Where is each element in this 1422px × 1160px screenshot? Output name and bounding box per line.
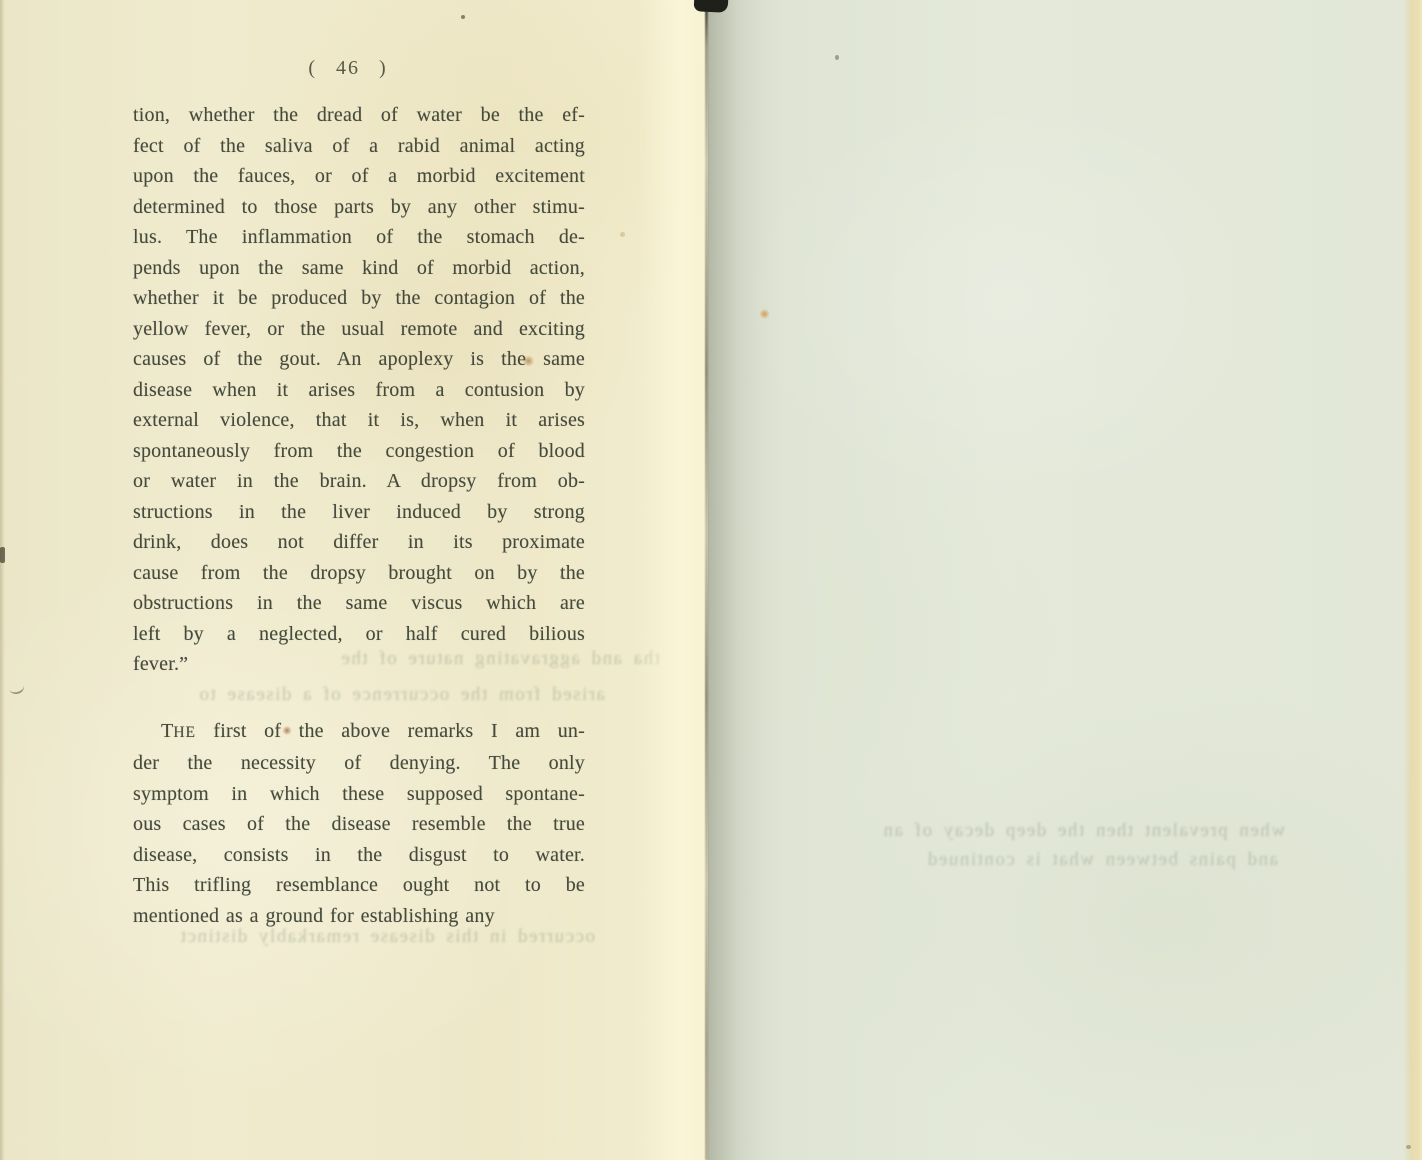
text-run: T	[161, 720, 173, 742]
text-line: or water in the brain. A dropsy from ob-	[133, 466, 585, 497]
page-edge-left	[0, 0, 5, 1160]
right-page: ( 47 ) principles or analogy; it is mere…	[707, 0, 1422, 1160]
page-number-header-left: ( 46 )	[120, 57, 576, 80]
text-line: cause from the dropsy brought on by the	[133, 558, 585, 589]
text-line: disease, consists in the disgust to wate…	[133, 840, 585, 871]
text-line: disease when it arises from a contusion …	[133, 375, 585, 406]
page-edge-right	[1404, 0, 1422, 1160]
show-through-text: and pains between what is continued	[858, 849, 1278, 871]
paragraph: tion, whether the dread of water be the …	[133, 100, 585, 680]
text-line: left by a neglected, or half cured bilio…	[133, 619, 585, 650]
text-line: drink, does not differ in its proximate	[133, 527, 585, 558]
text-line: der the necessity of denying. The only	[133, 748, 585, 779]
text-line: lus. The inflammation of the stomach de-	[133, 222, 585, 253]
text-line: causes of the gout. An apoplexy is the s…	[133, 344, 585, 375]
text-line: pends upon the same kind of morbid actio…	[133, 253, 585, 284]
show-through-text: when prevalent then the deep decay of an	[845, 820, 1285, 842]
text-line: obstructions in the same viscus which ar…	[133, 588, 585, 619]
gutter-shadow	[708, 0, 783, 1160]
text-line: upon the fauces, or of a morbid exciteme…	[133, 161, 585, 192]
gutter-highlight	[638, 0, 706, 1160]
book-scan: { "document": { "type": "book-scan-sprea…	[0, 0, 1422, 1160]
text-line: whether it be produced by the contagion …	[133, 283, 585, 314]
text-line: yellow fever, or the usual remote and ex…	[133, 314, 585, 345]
text-line: determined to those parts by any other s…	[133, 192, 585, 223]
paragraph: THE first of the above remarks I am un-d…	[133, 716, 585, 932]
show-through-text: occurred in this disease remarkably dist…	[150, 926, 595, 948]
text-line: fect of the saliva of a rabid animal act…	[133, 131, 585, 162]
text-line: external violence, that it is, when it a…	[133, 405, 585, 436]
text-line: ous cases of the disease resemble the tr…	[133, 809, 585, 840]
text-line: spontaneously from the congestion of blo…	[133, 436, 585, 467]
small-caps-text: HE	[173, 724, 195, 741]
spine-top-mark	[694, 0, 729, 13]
text-line: structions in the liver induced by stron…	[133, 497, 585, 528]
left-page: ( 46 ) tion, whether the dread of water …	[0, 0, 707, 1160]
text-line: THE first of the above remarks I am un-	[133, 716, 585, 749]
left-text-column: tion, whether the dread of water be the …	[133, 100, 585, 931]
show-through-text: arised from the occurrence of a disease …	[145, 684, 605, 706]
show-through-text: tha and aggravating nature of the distin	[330, 648, 660, 670]
text-line: tion, whether the dread of water be the …	[133, 100, 585, 131]
text-line: symptom in which these supposed spontane…	[133, 779, 585, 810]
text-line: This trifling resemblance ought not to b…	[133, 870, 585, 901]
text-run: first of the above remarks I am un-	[196, 720, 585, 742]
